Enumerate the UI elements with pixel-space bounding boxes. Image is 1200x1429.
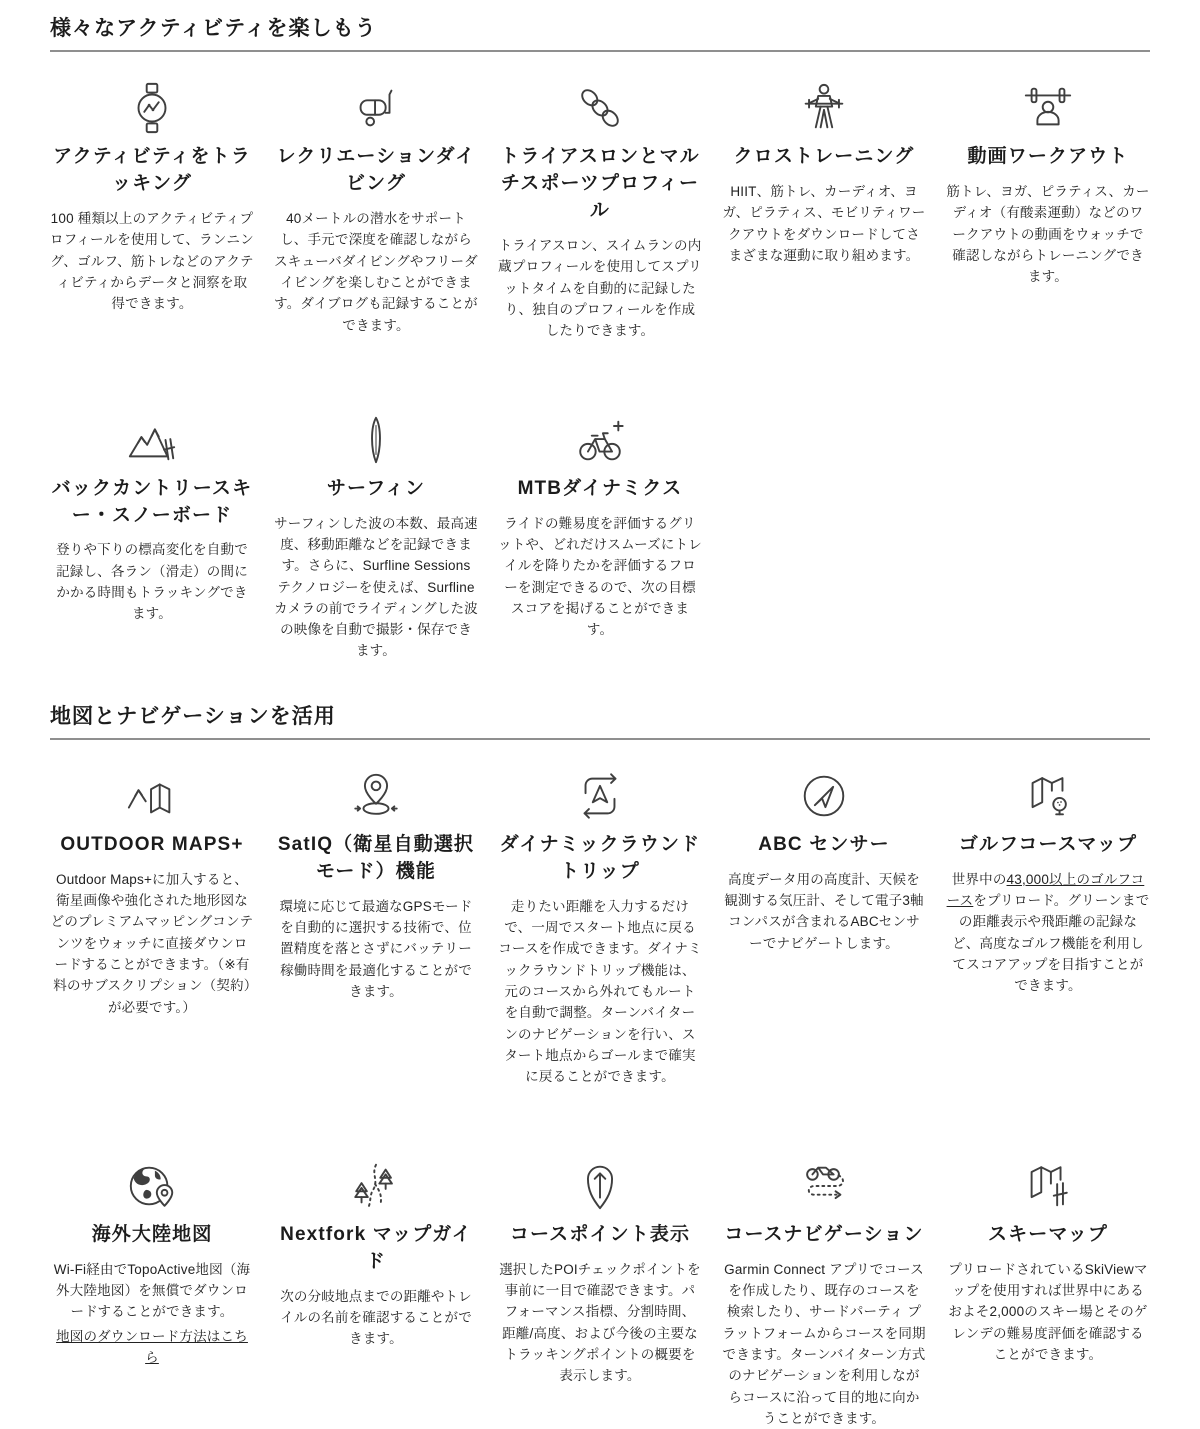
feature-title: MTBダイナミクス	[498, 476, 702, 503]
feature-title: OUTDOOR MAPS+	[50, 832, 254, 859]
barbell-video-icon	[946, 78, 1150, 138]
section-heading: 様々なアクティビティを楽しもう	[50, 12, 1150, 52]
mountain-map-icon	[50, 766, 254, 826]
feature-title: 海外大陸地図	[50, 1222, 254, 1249]
page-content: 様々なアクティビティを楽しもう アクティビティをトラッキング 100 種類以上の…	[50, 0, 1150, 1429]
feature-description: 筋トレ、ヨガ、ピラティス、カーディオ（有酸素運動）などのワークアウトの動画をウォ…	[946, 181, 1150, 288]
feature-card-mtb: MTBダイナミクス ライドの難易度を評価するグリットや、どれだけスムーズにトレイ…	[498, 410, 702, 662]
strength-person-icon	[722, 78, 926, 138]
golf-map-icon	[946, 766, 1150, 826]
feature-title: ダイナミックラウンドトリップ	[498, 832, 702, 886]
feature-card-round-trip: ダイナミックラウンドトリップ 走りたい距離を入力するだけで、一周でスタート地点に…	[498, 766, 702, 1088]
feature-title: ABC センサー	[722, 832, 926, 859]
feature-card-backcountry: バックカントリースキー・スノーボード 登りや下りの標高変化を自動で記録し、各ラン…	[50, 410, 254, 662]
continent-body: Wi-Fi経由でTopoActive地図（海外大陸地図）を無償でダウンロードする…	[54, 1262, 250, 1320]
activity-watch-icon	[50, 78, 254, 138]
feature-card-ski-map: スキーマップ プリロードされているSkiViewマップを使用すれば世界中にあるお…	[946, 1156, 1150, 1429]
feature-card-continent-maps: 海外大陸地図 Wi-Fi経由でTopoActive地図（海外大陸地図）を無償でダ…	[50, 1156, 254, 1429]
feature-description: 登りや下りの標高変化を自動で記録し、各ラン（滑走）の間にかかる時間もトラッキング…	[50, 539, 254, 624]
feature-description: 環境に応じて最適なGPSモードを自動的に選択する技術で、位置精度を落とさずにバッ…	[274, 896, 478, 1003]
feature-description: サーフィンした波の本数、最高速度、移動距離などを記録できます。さらに、Surfl…	[274, 513, 478, 662]
satellite-pin-icon	[274, 766, 478, 826]
mountain-ski-icon	[50, 410, 254, 470]
feature-card-cross-training: クロストレーニング HIIT、筋トレ、カーディオ、ヨガ、ピラティス、モビリティワ…	[722, 78, 926, 342]
feature-description: 40メートルの潜水をサポートし、手元で深度を確認しながらスキューバダイビングやフ…	[274, 208, 478, 336]
feature-row: バックカントリースキー・スノーボード 登りや下りの標高変化を自動で記録し、各ラン…	[50, 410, 1150, 662]
globe-pin-icon	[50, 1156, 254, 1216]
feature-row: 海外大陸地図 Wi-Fi経由でTopoActive地図（海外大陸地図）を無償でダ…	[50, 1156, 1150, 1429]
feature-description: 選択したPOIチェックポイントを事前に一目で確認できます。パフォーマンス指標、分…	[498, 1259, 702, 1387]
bike-route-icon	[722, 1156, 926, 1216]
feature-title: クロストレーニング	[722, 144, 926, 171]
section-maps-navigation: 地図とナビゲーションを活用 OUTDOOR MAPS+ Outdoor Maps…	[50, 700, 1150, 1429]
golf-body-post: をプリロード。グリーンまでの距離表示や飛距離の記録など、高度なゴルフ機能を利用し…	[952, 893, 1149, 993]
map-download-link[interactable]: 地図のダウンロード方法はこちら	[50, 1326, 254, 1369]
feature-row: OUTDOOR MAPS+ Outdoor Maps+に加入すると、衛星画像や強…	[50, 766, 1150, 1088]
feature-description: プリロードされているSkiViewマップを使用すれば世界中にあるおよそ2,000…	[946, 1259, 1150, 1366]
round-trip-loop-icon	[498, 766, 702, 826]
coursepoint-pin-icon	[498, 1156, 702, 1216]
feature-card-coursepoints: コースポイント表示 選択したPOIチェックポイントを事前に一目で確認できます。パ…	[498, 1156, 702, 1429]
feature-card-surfing: サーフィン サーフィンした波の本数、最高速度、移動距離などを記録できます。さらに…	[274, 410, 478, 662]
feature-title: 動画ワークアウト	[946, 144, 1150, 171]
feature-description: 世界中の43,000以上のゴルフコースをプリロード。グリーンまでの距離表示や飛距…	[946, 869, 1150, 997]
feature-card-course-navigation: コースナビゲーション Garmin Connect アプリでコースを作成したり、…	[722, 1156, 926, 1429]
feature-card-abc-sensor: ABC センサー 高度データ用の高度計、天候を観測する気圧計、そして電子3軸コン…	[722, 766, 926, 1088]
mtb-bike-icon	[498, 410, 702, 470]
feature-description: 走りたい距離を入力するだけで、一周でスタート地点に戻るコースを作成できます。ダイ…	[498, 896, 702, 1088]
feature-card-outdoor-maps: OUTDOOR MAPS+ Outdoor Maps+に加入すると、衛星画像や強…	[50, 766, 254, 1088]
feature-card-golf-map: ゴルフコースマップ 世界中の43,000以上のゴルフコースをプリロード。グリーン…	[946, 766, 1150, 1088]
feature-description: 高度データ用の高度計、天候を観測する気圧計、そして電子3軸コンパスが含まれるAB…	[722, 869, 926, 954]
feature-title: アクティビティをトラッキング	[50, 144, 254, 198]
feature-description: 100 種類以上のアクティビティプロフィールを使用して、ランニング、ゴルフ、筋ト…	[50, 208, 254, 315]
forked-trail-trees-icon	[274, 1156, 478, 1216]
feature-title: コースポイント表示	[498, 1222, 702, 1249]
feature-title: コースナビゲーション	[722, 1222, 926, 1249]
feature-description: Wi-Fi経由でTopoActive地図（海外大陸地図）を無償でダウンロードする…	[50, 1259, 254, 1369]
ski-map-icon	[946, 1156, 1150, 1216]
feature-description: HIIT、筋トレ、カーディオ、ヨガ、ピラティス、モビリティワークアウトをダウンロ…	[722, 181, 926, 266]
compass-arrow-icon	[722, 766, 926, 826]
feature-card-satiq: SatIQ（衛星自動選択モード）機能 環境に応じて最適なGPSモードを自動的に選…	[274, 766, 478, 1088]
section-heading: 地図とナビゲーションを活用	[50, 700, 1150, 740]
feature-title: トライアスロンとマルチスポーツプロフィール	[498, 144, 702, 225]
feature-description: 次の分岐地点までの距離やトレイルの名前を確認することができます。	[274, 1286, 478, 1350]
feature-title: レクリエーションダイビング	[274, 144, 478, 198]
feature-description: Garmin Connect アプリでコースを作成したり、既存のコースを検索した…	[722, 1259, 926, 1429]
feature-title: サーフィン	[274, 476, 478, 503]
feature-row: アクティビティをトラッキング 100 種類以上のアクティビティプロフィールを使用…	[50, 78, 1150, 342]
feature-description: Outdoor Maps+に加入すると、衛星画像や強化された地形図などのプレミア…	[50, 869, 254, 1018]
surfboard-icon	[274, 410, 478, 470]
feature-title: SatIQ（衛星自動選択モード）機能	[274, 832, 478, 886]
dive-mask-icon	[274, 78, 478, 138]
feature-card-video-workout: 動画ワークアウト 筋トレ、ヨガ、ピラティス、カーディオ（有酸素運動）などのワーク…	[946, 78, 1150, 342]
section-activities: 様々なアクティビティを楽しもう アクティビティをトラッキング 100 種類以上の…	[50, 12, 1150, 662]
feature-description: ライドの難易度を評価するグリットや、どれだけスムーズにトレイルを降りたかを評価す…	[498, 513, 702, 641]
chain-links-icon	[498, 78, 702, 138]
feature-card-activity-tracking: アクティビティをトラッキング 100 種類以上のアクティビティプロフィールを使用…	[50, 78, 254, 342]
feature-card-diving: レクリエーションダイビング 40メートルの潜水をサポートし、手元で深度を確認しな…	[274, 78, 478, 342]
feature-description: トライアスロン、スイムランの内蔵プロフィールを使用してスプリットタイムを自動的に…	[498, 235, 702, 342]
golf-body-pre: 世界中の	[952, 872, 1007, 887]
feature-title: スキーマップ	[946, 1222, 1150, 1249]
feature-card-nextfork: Nextfork マップガイド 次の分岐地点までの距離やトレイルの名前を確認する…	[274, 1156, 478, 1429]
feature-card-multisport: トライアスロンとマルチスポーツプロフィール トライアスロン、スイムランの内蔵プロ…	[498, 78, 702, 342]
feature-title: Nextfork マップガイド	[274, 1222, 478, 1276]
feature-title: ゴルフコースマップ	[946, 832, 1150, 859]
feature-title: バックカントリースキー・スノーボード	[50, 476, 254, 530]
